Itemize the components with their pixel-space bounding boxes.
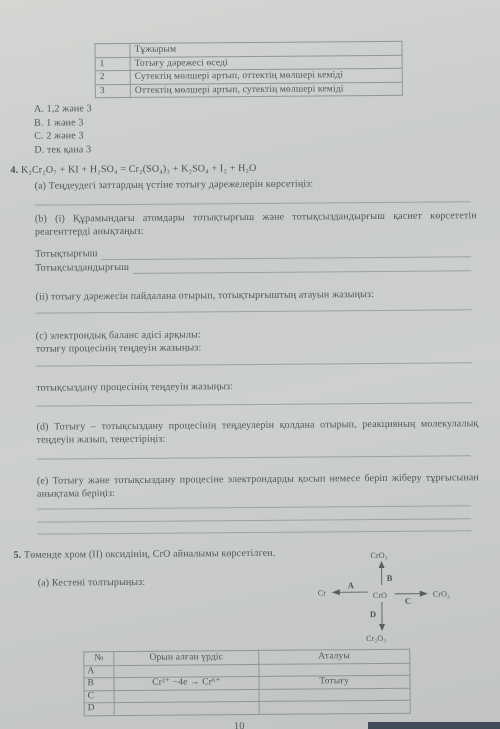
q4-part-c-reduction-label: тотықсыздану процесінің теңдеуін жазыңыз…: [36, 379, 476, 395]
reducer-fill-row: Тотықсыздандырғыш: [35, 259, 471, 274]
answer-line: [37, 455, 471, 459]
answer-line: [37, 518, 471, 522]
answer-line: [35, 201, 471, 205]
question-5-number: 5.: [13, 550, 21, 561]
q5-row-process: Cr²⁺ −4e → Cr⁶⁺: [114, 676, 258, 690]
statement-header-num: [95, 43, 130, 57]
answer-line: [36, 402, 472, 406]
q5-row-process: [114, 664, 258, 678]
q5-row-name: [258, 663, 409, 677]
q4-part-b-label: (b) (i) Құрамындағы атомдары тотықтырғыш…: [35, 210, 477, 238]
q5-row-letter: C: [84, 690, 114, 703]
answer-line: [37, 530, 471, 534]
arrow-right-icon: [420, 591, 428, 597]
q5-row-name: [259, 700, 410, 714]
question-4-equation: K₂Cr₂O₇ + KI + H₂SO₄ = Cr₂(SO₄)₃ + K₂SO₄…: [21, 163, 257, 176]
arrow-left-icon: [332, 589, 340, 595]
diagram-node-cr: Cr: [318, 588, 327, 597]
q5-header-name: Аталуы: [258, 649, 409, 664]
statement-row-num: 1: [95, 57, 130, 71]
question-5-intro: Төменде хром (II) оксидінің, CrO айналым…: [24, 548, 276, 561]
q5-part-a-label: (а) Кестені толтырыңыз:: [38, 577, 146, 589]
q5-row-process: [114, 701, 258, 715]
q4-part-b-ii-label: (ii) тотығу дәрежесін пайдалана отырып, …: [35, 288, 475, 304]
diagram-arrow-label-d: D: [370, 609, 376, 619]
diagram-arrow-label-c: C: [405, 596, 411, 606]
q5-header-process: Орын алған үрдіс: [114, 650, 258, 665]
answer-line: [37, 505, 471, 509]
diagram-node-cro: CrO: [373, 591, 387, 600]
q5-row-name: [259, 688, 410, 702]
q4-part-e-label: (e) Тотығу және тотықсыздану процесіне э…: [37, 472, 479, 500]
statement-table: Тұжырым 1 Тотығу дәрежесі өседі 2 Сутект…: [94, 41, 402, 98]
question-4-heading: 4. K₂Cr₂O₇ + KI + H₂SO₄ = Cr₂(SO₄)₃ + K₂…: [10, 163, 256, 176]
photo-edge-shadow: [368, 722, 500, 729]
reducer-label: Тотықсыздандырғыш: [35, 262, 133, 275]
arrow-down-icon: [379, 624, 385, 631]
answer-line: [133, 259, 471, 274]
statement-row-text: Оттектің мөлшері артып, сутектің мөлшері…: [130, 82, 402, 98]
oxidizer-label: Тотықтырғыш: [35, 248, 102, 261]
cro-transformation-diagram: CrO₃ B Cr A CrO C CrO₂ D Cr₂O₃: [313, 540, 479, 646]
answer-line: [36, 309, 472, 313]
q4-part-c-oxidation-label: тотығу процесінің теңдеуін жазыңыз:: [36, 340, 476, 356]
diagram-node-cro2: CrO₂: [433, 589, 450, 598]
option-d: D. тек қана 3: [34, 143, 92, 157]
diagram-node-cro3: CrO₃: [370, 551, 387, 560]
option-a: A. 1,2 және 3: [34, 102, 92, 116]
q5-header-num: №: [84, 652, 114, 666]
option-c: C. 2 және 3: [34, 129, 92, 143]
statement-row-num: 2: [95, 70, 130, 84]
scanned-worksheet-photo: Тұжырым 1 Тотығу дәрежесі өседі 2 Сутект…: [0, 0, 500, 729]
diagram-node-cr2o3: Cr₂O₃: [366, 634, 386, 643]
q5-row-letter: B: [84, 678, 114, 691]
table-row: 3 Оттектің мөлшері артып, сутектің мөлше…: [95, 82, 402, 98]
answer-options: A. 1,2 және 3 B. 1 және 3 C. 2 және 3 D.…: [34, 102, 92, 156]
q5-table: № Орын алған үрдіс Аталуы A B Cr²⁺ −4e →…: [83, 649, 410, 716]
question-5-heading: 5. Төменде хром (II) оксидінің, CrO айна…: [13, 548, 275, 561]
option-b: B. 1 және 3: [34, 116, 92, 130]
q4-part-a-label: (a) Теңдеудегі заттардың үстіне тотығу д…: [35, 177, 475, 193]
answer-line: [36, 362, 472, 366]
q4-part-d-label: (d) Тотығу – тотықсыздану процесінің тең…: [36, 418, 478, 446]
arrow-up-icon: [379, 561, 385, 568]
statement-row-num: 3: [95, 84, 130, 98]
q5-row-name: Тотығу: [259, 675, 410, 689]
oxidizer-fill-row: Тотықтырғыш: [35, 245, 471, 260]
table-row: D: [84, 700, 410, 715]
diagram-arrow-label-a: A: [348, 580, 355, 590]
question-4-number: 4.: [10, 165, 18, 176]
q5-row-letter: A: [84, 665, 114, 678]
q5-row-process: [114, 689, 258, 703]
page-number: 10: [234, 721, 245, 729]
diagram-arrow-label-b: B: [387, 573, 393, 583]
worksheet-sheet: Тұжырым 1 Тотығу дәрежесі өседі 2 Сутект…: [0, 0, 500, 729]
answer-line: [102, 245, 472, 260]
q5-row-letter: D: [84, 703, 114, 716]
